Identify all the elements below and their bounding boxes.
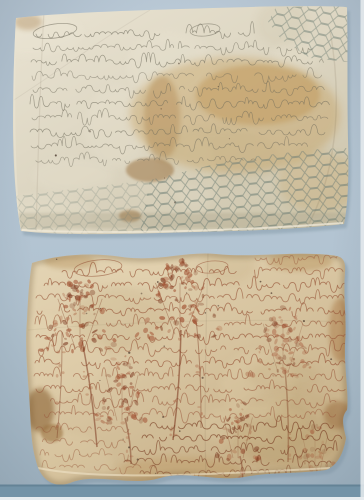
foxing-speckle	[179, 430, 181, 432]
foxing-speckle	[205, 312, 207, 314]
foxing-speckle	[89, 130, 91, 132]
foxing-speckle	[155, 473, 156, 474]
foxing-speckle	[86, 313, 87, 314]
photo-right-border	[361, 0, 364, 500]
foxing-speckle	[99, 380, 100, 381]
foxing-speckle	[271, 292, 273, 294]
foxing-speckle	[218, 305, 220, 307]
foxing-speckle	[178, 63, 180, 65]
foxing-speckle	[137, 458, 139, 460]
foxing-speckle	[161, 108, 162, 109]
foxing-speckle	[303, 320, 305, 322]
foxing-speckle	[202, 377, 204, 379]
foxing-speckle	[122, 439, 123, 440]
foxing-speckle	[55, 154, 57, 156]
foxing-speckle	[79, 454, 80, 455]
foxing-speckle	[157, 281, 159, 283]
foxing-speckle	[56, 259, 57, 260]
foxing-speckle	[128, 352, 130, 354]
foxing-speckle	[128, 446, 130, 448]
foxing-speckle	[260, 281, 262, 283]
foxing-speckle	[164, 346, 165, 347]
foxing-speckle	[162, 416, 164, 418]
bottom-letter	[0, 248, 352, 495]
foxing-speckle	[273, 362, 274, 363]
foxing-speckle	[141, 293, 143, 295]
foxing-speckle	[229, 138, 230, 139]
table-front-edge	[0, 485, 364, 500]
foxing-speckle	[186, 292, 187, 293]
foxing-speckle	[100, 308, 101, 309]
photo-canvas	[0, 0, 364, 500]
photograph-of-two-letters	[0, 0, 364, 500]
foxing-speckle	[218, 86, 219, 87]
foxing-speckle	[330, 358, 332, 360]
